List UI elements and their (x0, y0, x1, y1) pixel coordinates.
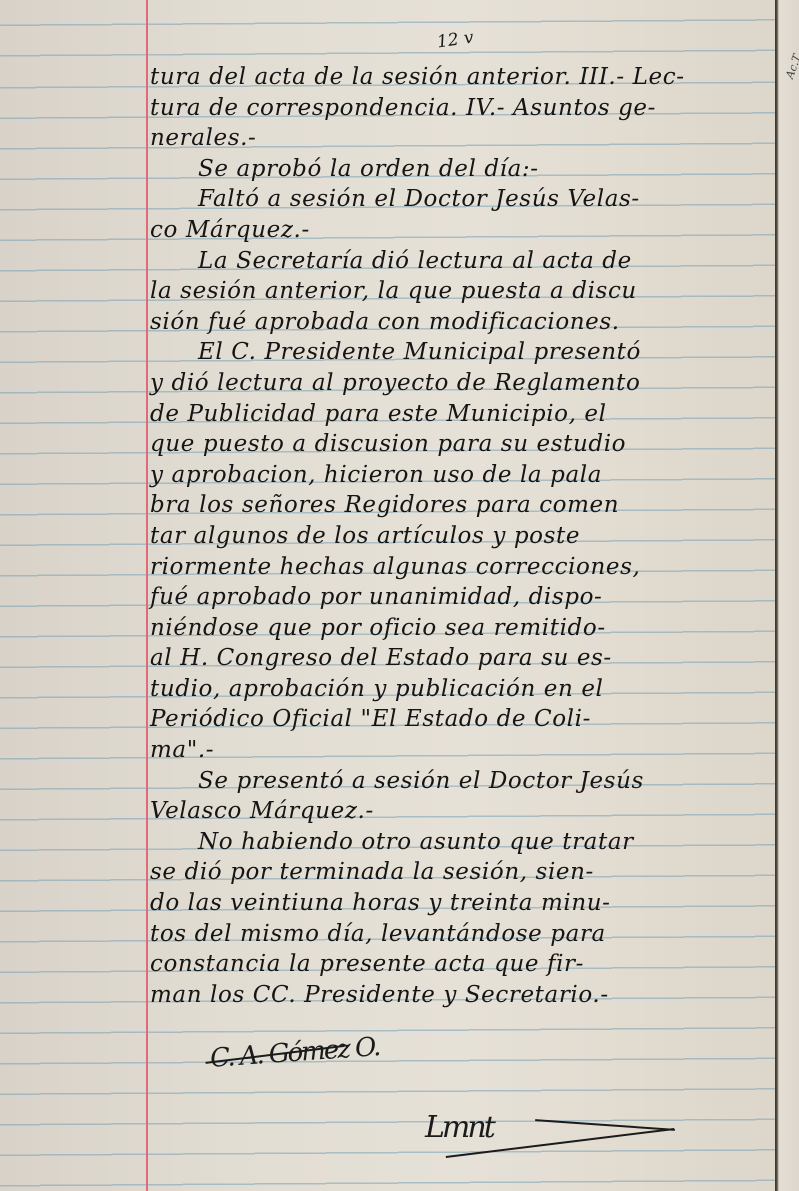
text-line: tar algunos de los artículos y poste (150, 521, 770, 552)
text-line: Se aprobó la orden del día:- (150, 154, 770, 185)
margin-note: Ac.T (783, 53, 799, 81)
signature-text: Lmnt (425, 1110, 493, 1145)
handwritten-minutes-text: tura del acta de la sesión anterior. III… (150, 62, 770, 1010)
text-line: Velasco Márquez.- (150, 796, 770, 827)
text-line: que puesto a discusion para su estudio (150, 429, 770, 460)
text-line: ma".- (150, 735, 770, 766)
text-line: man los CC. Presidente y Secretario.- (150, 980, 770, 1011)
text-line: co Márquez.- (150, 215, 770, 246)
text-line: La Secretaría dió lectura al acta de (150, 246, 770, 277)
text-line: riormente hechas algunas correcciones, (150, 552, 770, 583)
red-margin-line (146, 0, 148, 1191)
text-line: y aprobacion, hicieron uso de la pala (150, 460, 770, 491)
text-line: niéndose que por oficio sea remitido- (150, 613, 770, 644)
text-line: do las veintiuna horas y treinta minu- (150, 888, 770, 919)
text-line: nerales.- (150, 123, 770, 154)
adjacent-page-edge: Ac.T (775, 0, 799, 1191)
text-line: de Publicidad para este Municipio, el (150, 399, 770, 430)
text-line: fué aprobado por unanimidad, dispo- (150, 582, 770, 613)
text-line: tudio, aprobación y publicación en el (150, 674, 770, 705)
secretary-signature: Lmnt (425, 1110, 493, 1145)
text-line: Faltó a sesión el Doctor Jesús Velas- (150, 184, 770, 215)
text-line: al H. Congreso del Estado para su es- (150, 643, 770, 674)
text-line: tura de correspondencia. IV.- Asuntos ge… (150, 93, 770, 124)
text-line: Periódico Oficial "El Estado de Coli- (150, 704, 770, 735)
text-line: tura del acta de la sesión anterior. III… (150, 62, 770, 93)
text-line: la sesión anterior, la que puesta a disc… (150, 276, 770, 307)
text-line: se dió por terminada la sesión, sien- (150, 857, 770, 888)
text-line: tos del mismo día, levantándose para (150, 919, 770, 950)
text-line: constancia la presente acta que fir- (150, 949, 770, 980)
text-line: El C. Presidente Municipal presentó (150, 337, 770, 368)
text-line: sión fué aprobada con modificaciones. (150, 307, 770, 338)
text-line: y dió lectura al proyecto de Reglamento (150, 368, 770, 399)
document-page: 12 v tura del acta de la sesión anterior… (0, 0, 775, 1191)
text-line: No habiendo otro asunto que tratar (150, 827, 770, 858)
text-line: bra los señores Regidores para comen (150, 490, 770, 521)
text-line: Se presentó a sesión el Doctor Jesús (150, 766, 770, 797)
